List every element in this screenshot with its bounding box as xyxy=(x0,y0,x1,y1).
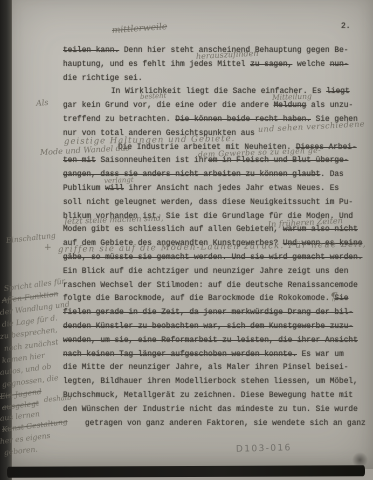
handwriting-layer: mittlerweileherauszufindenbestehtMitteil… xyxy=(0,0,373,480)
handwriting-note: Als xyxy=(36,98,49,108)
handwriting-note: Jetzt stelle machen sind, xyxy=(64,214,164,226)
handwriting-note: In früheren Zeiten xyxy=(268,216,343,229)
archive-mark: D103-016 xyxy=(236,443,292,454)
page-number: 2. xyxy=(341,22,351,31)
handwriting-note: verlangt xyxy=(104,176,134,185)
handwriting-note: griffen sie auf die Moden-Launen zurück.… xyxy=(58,240,367,255)
handwriting-note: dem Gewerbe so zu eigen ge- xyxy=(198,146,321,159)
insertion-mark-icon: ¶ xyxy=(330,290,338,303)
handwriting-note: und sehen verschiedene xyxy=(258,119,365,134)
handwriting-note: nach zunächst xyxy=(3,337,58,353)
handwriting-note: Mode und Wandel das xyxy=(40,143,130,157)
handwriting-note: herauszufinden xyxy=(196,49,259,61)
handwriting-note: besteht xyxy=(140,92,167,101)
handwriting-note: geboren. xyxy=(4,444,39,456)
handwriting-note: deshalb xyxy=(44,394,72,404)
handwriting-note: mittlerweile xyxy=(112,22,168,36)
handwriting-note: + xyxy=(44,243,52,253)
handwriting-note: Mitteilung xyxy=(272,92,312,102)
